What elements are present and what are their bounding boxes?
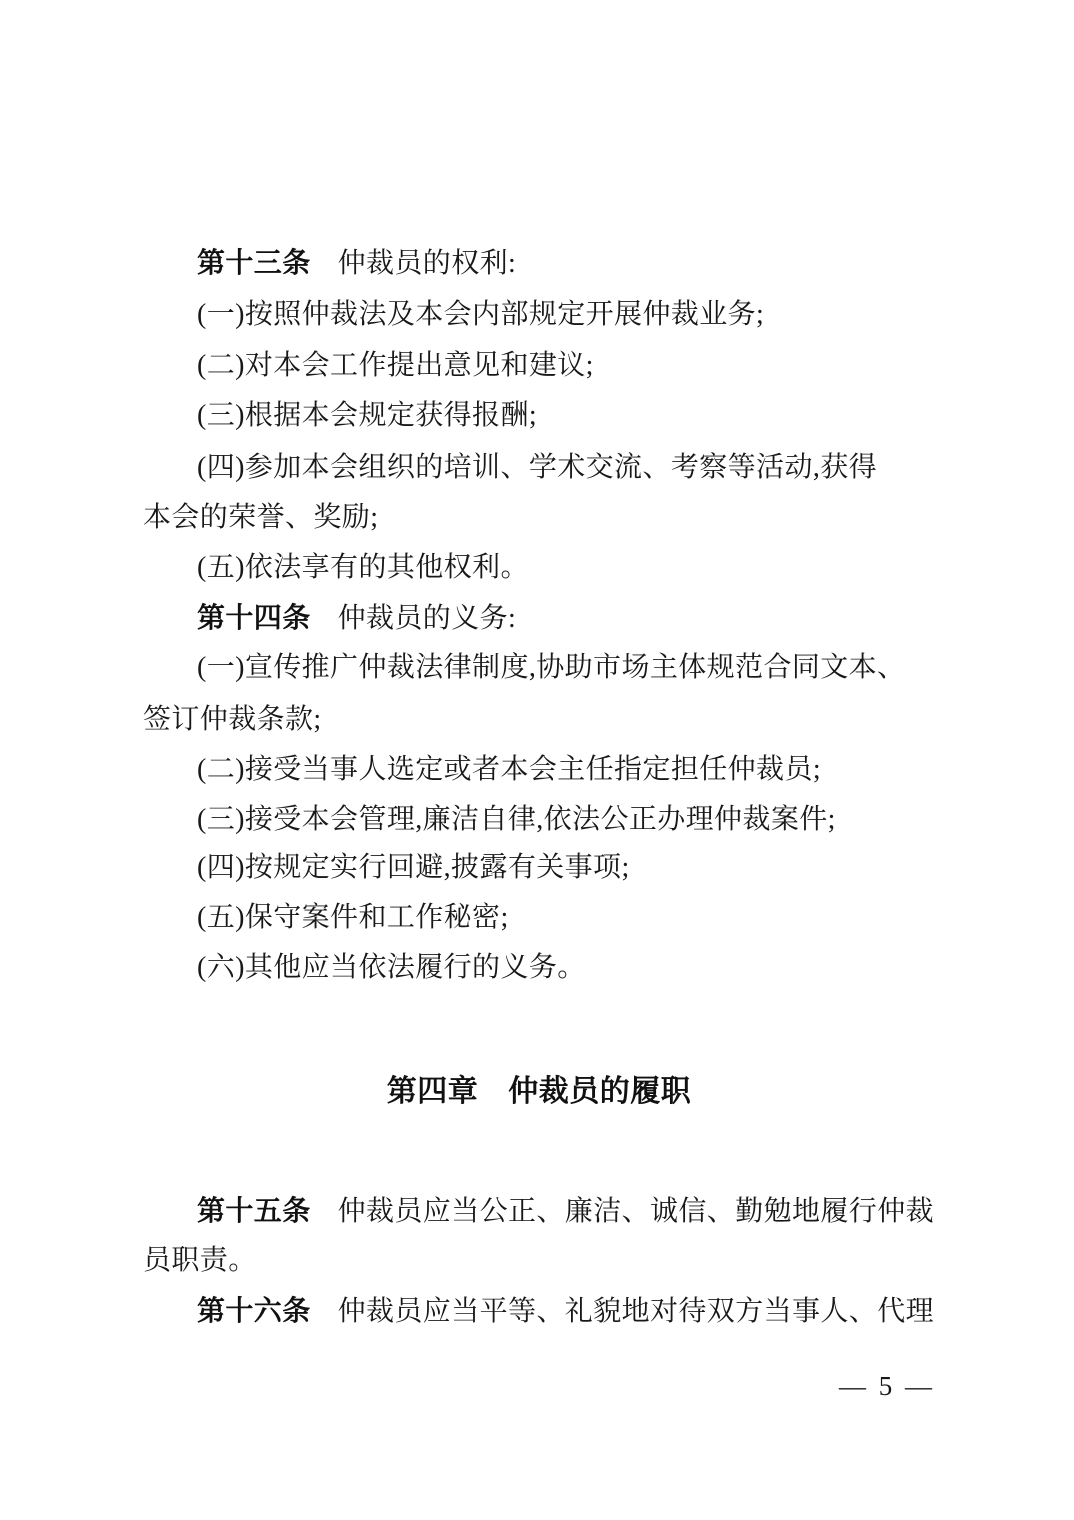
article-14-item-5: (五)保守案件和工作秘密;	[197, 901, 509, 935]
article-14-item-1-line-1: (一)宣传推广仲裁法律制度,协助市场主体规范合同文本、	[197, 651, 905, 685]
article-16-line-1: 第十六条仲裁员应当平等、礼貌地对待双方当事人、代理	[197, 1294, 934, 1329]
article-14-item-1-line-2: 签订仲裁条款;	[143, 703, 322, 737]
article-16-number: 第十六条	[197, 1295, 311, 1326]
line-text: (一)按照仲裁法及本会内部规定开展仲裁业务;	[197, 299, 764, 330]
article-13-title: 仲裁员的权利:	[338, 248, 517, 279]
line-text: (一)宣传推广仲裁法律制度,协助市场主体规范合同文本、	[197, 652, 905, 683]
article-14-item-4: (四)按规定实行回避,披露有关事项;	[197, 851, 630, 885]
article-15-line-2: 员职责。	[143, 1244, 257, 1278]
line-text: (六)其他应当依法履行的义务。	[197, 952, 586, 983]
chapter-title: 仲裁员的履职	[508, 1075, 691, 1108]
line-text: 员职责。	[143, 1245, 257, 1276]
line-text: (五)保守案件和工作秘密;	[197, 902, 509, 933]
article-13-item-4-line-1: (四)参加本会组织的培训、学术交流、考察等活动,获得	[197, 451, 877, 485]
article-13-item-2: (二)对本会工作提出意见和建议;	[197, 349, 594, 383]
line-text: (三)接受本会管理,廉洁自律,依法公正办理仲裁案件;	[197, 804, 836, 835]
line-text: 签订仲裁条款;	[143, 704, 322, 735]
article-13-item-3: (三)根据本会规定获得报酬;	[197, 399, 537, 433]
article-13-heading: 第十三条仲裁员的权利:	[197, 246, 516, 281]
article-13-item-5: (五)依法享有的其他权利。	[197, 551, 529, 585]
line-text: (二)接受当事人选定或者本会主任指定担任仲裁员;	[197, 754, 821, 785]
line-text: 本会的荣誉、奖励;	[143, 502, 378, 533]
article-14-item-2: (二)接受当事人选定或者本会主任指定担任仲裁员;	[197, 753, 821, 787]
article-14-number: 第十四条	[197, 602, 311, 633]
line-text: (二)对本会工作提出意见和建议;	[197, 350, 594, 381]
chapter-4-heading: 第四章仲裁员的履职	[143, 1074, 935, 1110]
chapter-number: 第四章	[387, 1075, 479, 1108]
article-14-item-6: (六)其他应当依法履行的义务。	[197, 951, 586, 985]
article-16-text: 仲裁员应当平等、礼貌地对待双方当事人、代理	[338, 1296, 934, 1327]
article-14-heading: 第十四条仲裁员的义务:	[197, 601, 516, 636]
line-text: (四)按规定实行回避,披露有关事项;	[197, 852, 630, 883]
article-14-title: 仲裁员的义务:	[338, 603, 517, 634]
article-13-item-4-line-2: 本会的荣誉、奖励;	[143, 501, 378, 535]
line-text: (四)参加本会组织的培训、学术交流、考察等活动,获得	[197, 452, 877, 483]
article-13-number: 第十三条	[197, 247, 311, 278]
article-15-line-1: 第十五条仲裁员应当公正、廉洁、诚信、勤勉地履行仲裁	[197, 1194, 934, 1229]
article-14-item-3: (三)接受本会管理,廉洁自律,依法公正办理仲裁案件;	[197, 803, 836, 837]
article-15-number: 第十五条	[197, 1195, 311, 1226]
article-15-text: 仲裁员应当公正、廉洁、诚信、勤勉地履行仲裁	[338, 1196, 934, 1227]
line-text: (五)依法享有的其他权利。	[197, 552, 529, 583]
page-number: — 5 —	[839, 1370, 935, 1402]
document-page: 第十三条仲裁员的权利: (一)按照仲裁法及本会内部规定开展仲裁业务; (二)对本…	[0, 0, 1074, 1520]
article-13-item-1: (一)按照仲裁法及本会内部规定开展仲裁业务;	[197, 298, 764, 332]
line-text: (三)根据本会规定获得报酬;	[197, 400, 537, 431]
